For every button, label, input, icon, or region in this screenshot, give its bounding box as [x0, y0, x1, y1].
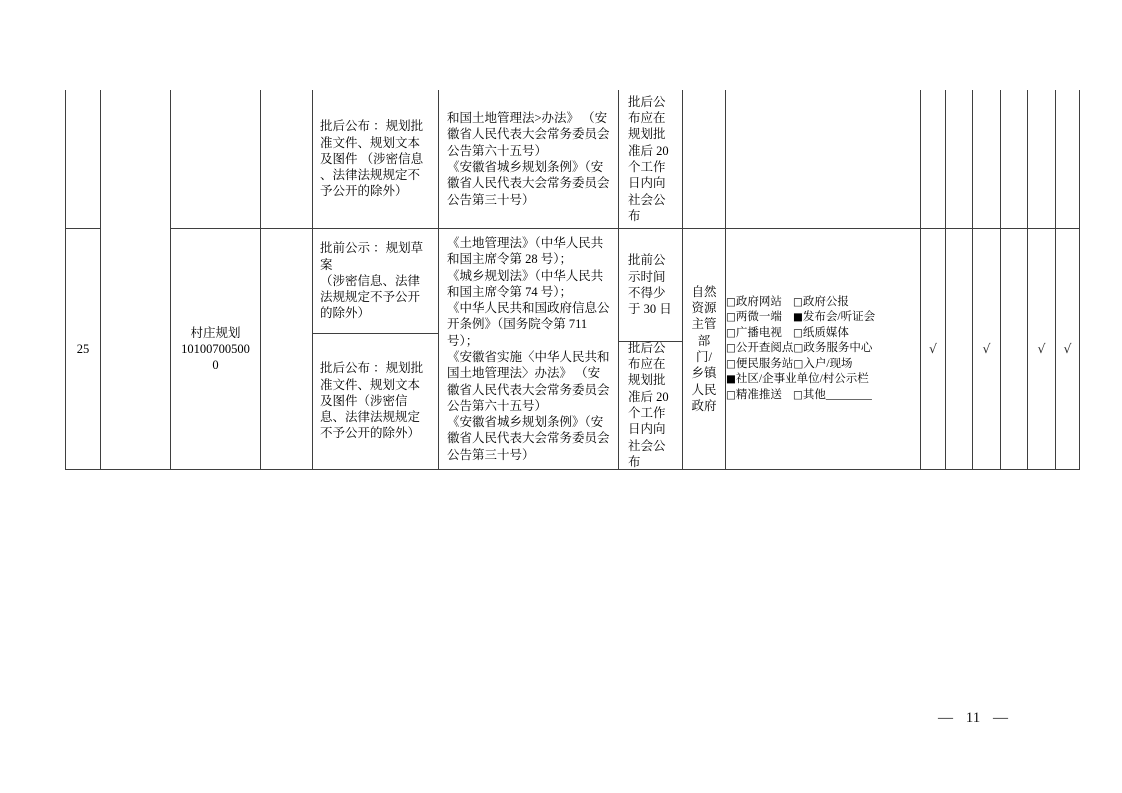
- channel-item: □纸质媒体: [793, 326, 849, 341]
- pre-approval-content-cell: 批前公示 ：规划草案 （涉密信息、法律法规规定不予公开的除外）: [313, 230, 438, 334]
- continuation-legal-basis-cell: 和国土地管理法>办法》 （安徽省人民代表大会常务委员会公告第六十五号） 《安徽省…: [439, 90, 619, 229]
- checkbox-icon: □: [726, 389, 736, 401]
- checkbox-icon: □: [793, 296, 803, 308]
- channel-label: 入户/现场: [803, 358, 852, 370]
- continuation-check-cell-4: [1001, 90, 1028, 229]
- continuation-check-cell-2: [946, 90, 973, 229]
- row-25: 25 村庄规划 101007005000 批前公示 ：规划草案 （涉密信息、法律…: [66, 229, 1080, 470]
- document-page: 批后公布 ：规划批准文件、规划文本及图件 （涉密信息 、法律法规规定不予公开的除…: [0, 0, 1122, 793]
- continuation-legal-basis-text: 和国土地管理法>办法》 （安徽省人民代表大会常务委员会公告第六十五号） 《安徽省…: [439, 110, 618, 208]
- continuation-content-cell: 批后公布 ：规划批准文件、规划文本及图件 （涉密信息 、法律法规规定不予公开的除…: [313, 90, 439, 229]
- channel-item: ■社区/企事业单位/村公示栏: [726, 372, 869, 387]
- channel-label: 纸质媒体: [803, 327, 849, 339]
- continuation-time-limit-text: 批后公布应在规划批准后 20 个工作日内向社会公布: [619, 94, 682, 224]
- time-limit-cell: 批前公示时间不得少于 30 日 批后公布应在规划批准后 20 个工作日内向社会公…: [619, 229, 683, 470]
- item-name: 村庄规划: [171, 325, 260, 341]
- checkbox-checked-icon: ■: [793, 311, 803, 323]
- channel-item: □政府公报: [793, 295, 849, 310]
- content-cell: 批前公示 ：规划草案 （涉密信息、法律法规规定不予公开的除外） 批后公布 ：规划…: [313, 229, 439, 470]
- check-cell-5: √: [1028, 229, 1056, 470]
- channel-item: □广播电视: [726, 326, 793, 341]
- post-time-limit-text: 批后公布应在规划批准后 20 个工作日内向社会公布: [628, 340, 673, 470]
- checkbox-checked-icon: ■: [726, 373, 736, 385]
- continuation-check-cell-3: [973, 90, 1001, 229]
- channel-label: 政务服务中心: [803, 342, 872, 354]
- item-code: 101007005000: [179, 341, 253, 374]
- channel-label: 精准推送: [736, 389, 782, 401]
- channel-label: 社区/企事业单位/村公示栏: [736, 373, 869, 385]
- item-name-cell: 村庄规划 101007005000: [171, 229, 261, 470]
- channel-line: □广播电视□纸质媒体: [726, 326, 920, 341]
- post-time-limit-cell: 批后公布应在规划批准后 20 个工作日内向社会公布: [619, 342, 682, 469]
- check-cell-4: [1001, 229, 1028, 470]
- responsible-body-cell: 自然资源主管部门/乡镇人民政府: [683, 229, 726, 470]
- category-cell-merged: [101, 90, 171, 470]
- channel-label: 广播电视: [736, 327, 782, 339]
- check-cell-3: √: [973, 229, 1001, 470]
- channel-item: □入户/现场: [793, 357, 852, 372]
- channel-label: 政府网站: [736, 296, 782, 308]
- continuation-check-cell-1: [921, 90, 946, 229]
- checkbox-icon: □: [793, 342, 803, 354]
- continuation-body-cell: [683, 90, 726, 229]
- checkbox-icon: □: [726, 311, 736, 323]
- continuation-index-cell: [66, 90, 101, 229]
- continuation-content-text: 批后公布 ：规划批准文件、规划文本及图件 （涉密信息 、法律法规规定不予公开的除…: [313, 116, 438, 201]
- checkbox-icon: □: [793, 327, 803, 339]
- continuation-item-cell: [171, 90, 261, 229]
- continuation-channels-cell: [726, 90, 921, 229]
- check-cell-6: √: [1056, 229, 1080, 470]
- channel-line: □精准推送□其他________: [726, 388, 920, 403]
- channel-label: 便民服务站: [736, 358, 794, 370]
- continuation-check-cell-5: [1028, 90, 1056, 229]
- pre-time-limit-cell: 批前公示时间不得少于 30 日: [619, 230, 682, 342]
- channel-item: □政府网站: [726, 295, 793, 310]
- row-index-cell: 25: [66, 229, 101, 470]
- legal-basis-cell: 《土地管理法》（中华人民共和国主席令第 28 号）； 《城乡规划法》（中华人民共…: [439, 229, 619, 470]
- legal-basis-text: 《土地管理法》（中华人民共和国主席令第 28 号）； 《城乡规划法》（中华人民共…: [439, 235, 618, 463]
- continuation-time-limit-cell: 批后公布应在规划批准后 20 个工作日内向社会公布: [619, 90, 683, 229]
- checkbox-icon: □: [726, 327, 736, 339]
- checkbox-icon: □: [793, 389, 803, 401]
- channel-label: 两微一端: [736, 311, 782, 323]
- channel-line: □政府网站□政府公报: [726, 295, 920, 310]
- post-approval-content-text: 批后公布 ：规划批准文件、规划文本及图件（涉密信息、法律法规规定不予公开的除外）: [320, 360, 431, 441]
- post-approval-content-cell: 批后公布 ：规划批准文件、规划文本及图件（涉密信息、法律法规规定不予公开的除外）: [313, 334, 438, 469]
- continuation-row: 批后公布 ：规划批准文件、规划文本及图件 （涉密信息 、法律法规规定不予公开的除…: [66, 90, 1080, 229]
- checkbox-icon: □: [726, 296, 736, 308]
- checkbox-icon: □: [726, 342, 736, 354]
- channel-label: 发布会/听证会: [803, 311, 875, 323]
- channel-item: □其他________: [793, 388, 872, 403]
- responsible-body-text: 自然资源主管部门/乡镇人民政府: [683, 284, 725, 414]
- disclosure-table: 批后公布 ：规划批准文件、规划文本及图件 （涉密信息 、法律法规规定不予公开的除…: [65, 90, 1080, 470]
- subitem-cell: [261, 229, 313, 470]
- channel-item: ■发布会/听证会: [793, 310, 875, 325]
- channel-label: 其他________: [803, 389, 872, 401]
- channel-label: 政府公报: [803, 296, 849, 308]
- continuation-check-cell-6: [1056, 90, 1080, 229]
- checkbox-icon: □: [793, 358, 803, 370]
- pre-time-limit-text: 批前公示时间不得少于 30 日: [628, 252, 673, 317]
- pre-approval-content-text: 批前公示 ：规划草案 （涉密信息、法律法规规定不予公开的除外）: [320, 240, 431, 321]
- channel-line: □公开查阅点□政务服务中心: [726, 341, 920, 356]
- channel-item: □政务服务中心: [793, 341, 872, 356]
- continuation-subitem-cell: [261, 90, 313, 229]
- channel-item: □两微一端: [726, 310, 793, 325]
- channel-item: □公开查阅点: [726, 341, 793, 356]
- checkbox-icon: □: [726, 358, 736, 370]
- channels-cell: □政府网站□政府公报 □两微一端■发布会/听证会 □广播电视□纸质媒体 □公开查…: [726, 229, 921, 470]
- channel-line: □便民服务站□入户/现场: [726, 357, 920, 372]
- channel-line: □两微一端■发布会/听证会: [726, 310, 920, 325]
- check-cell-2: [946, 229, 973, 470]
- check-cell-1: √: [921, 229, 946, 470]
- channel-item: □精准推送: [726, 388, 793, 403]
- channel-line: ■社区/企事业单位/村公示栏: [726, 372, 920, 387]
- channel-label: 公开查阅点: [736, 342, 794, 354]
- page-number: — 11 —: [928, 710, 1018, 727]
- channel-item: □便民服务站: [726, 357, 793, 372]
